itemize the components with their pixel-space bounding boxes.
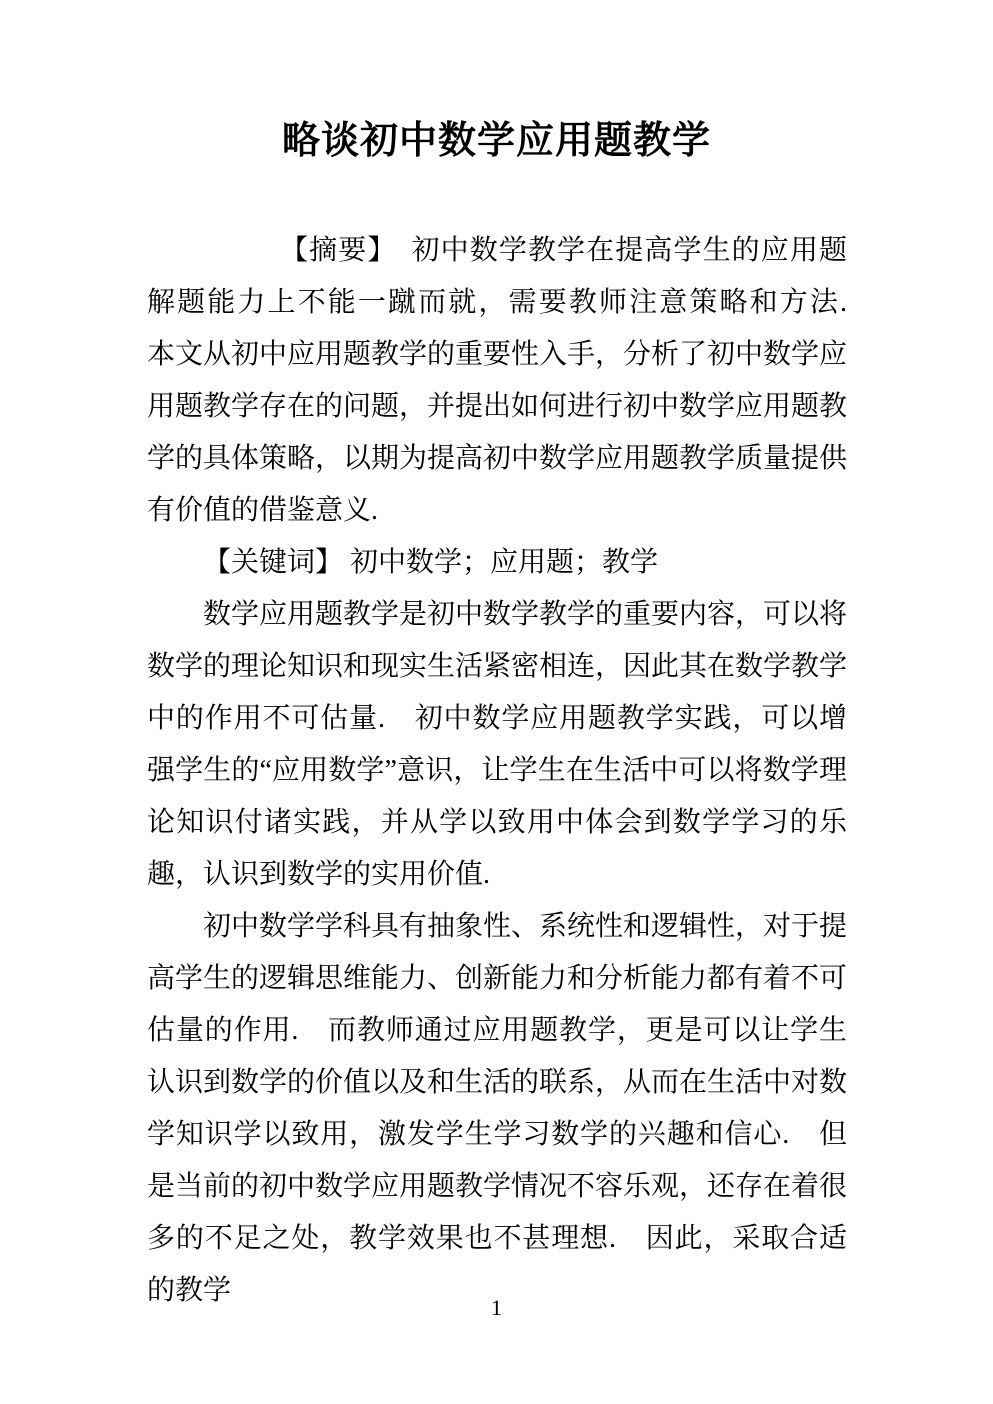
page-number: 1 (491, 1295, 502, 1320)
paragraph-keywords: 【关键词】 初中数学；应用题；教学 (147, 537, 847, 589)
paragraph-abstract: 【摘要】 初中数学教学在提高学生的应用题解题能力上不能一蹴而就，需要教师注意策略… (147, 225, 847, 537)
document-title: 略谈初中数学应用题教学 (0, 0, 993, 164)
document-page: 略谈初中数学应用题教学 【摘要】 初中数学教学在提高学生的应用题解题能力上不能一… (0, 0, 993, 1404)
paragraph-body-1: 数学应用题教学是初中数学教学的重要内容，可以将数学的理论知识和现实生活紧密相连，… (147, 589, 847, 901)
page-footer: 1 (0, 1296, 993, 1320)
paragraph-body-2: 初中数学学科具有抽象性、系统性和逻辑性，对于提高学生的逻辑思维能力、创新能力和分… (147, 901, 847, 1317)
document-body: 【摘要】 初中数学教学在提高学生的应用题解题能力上不能一蹴而就，需要教师注意策略… (147, 225, 847, 1317)
